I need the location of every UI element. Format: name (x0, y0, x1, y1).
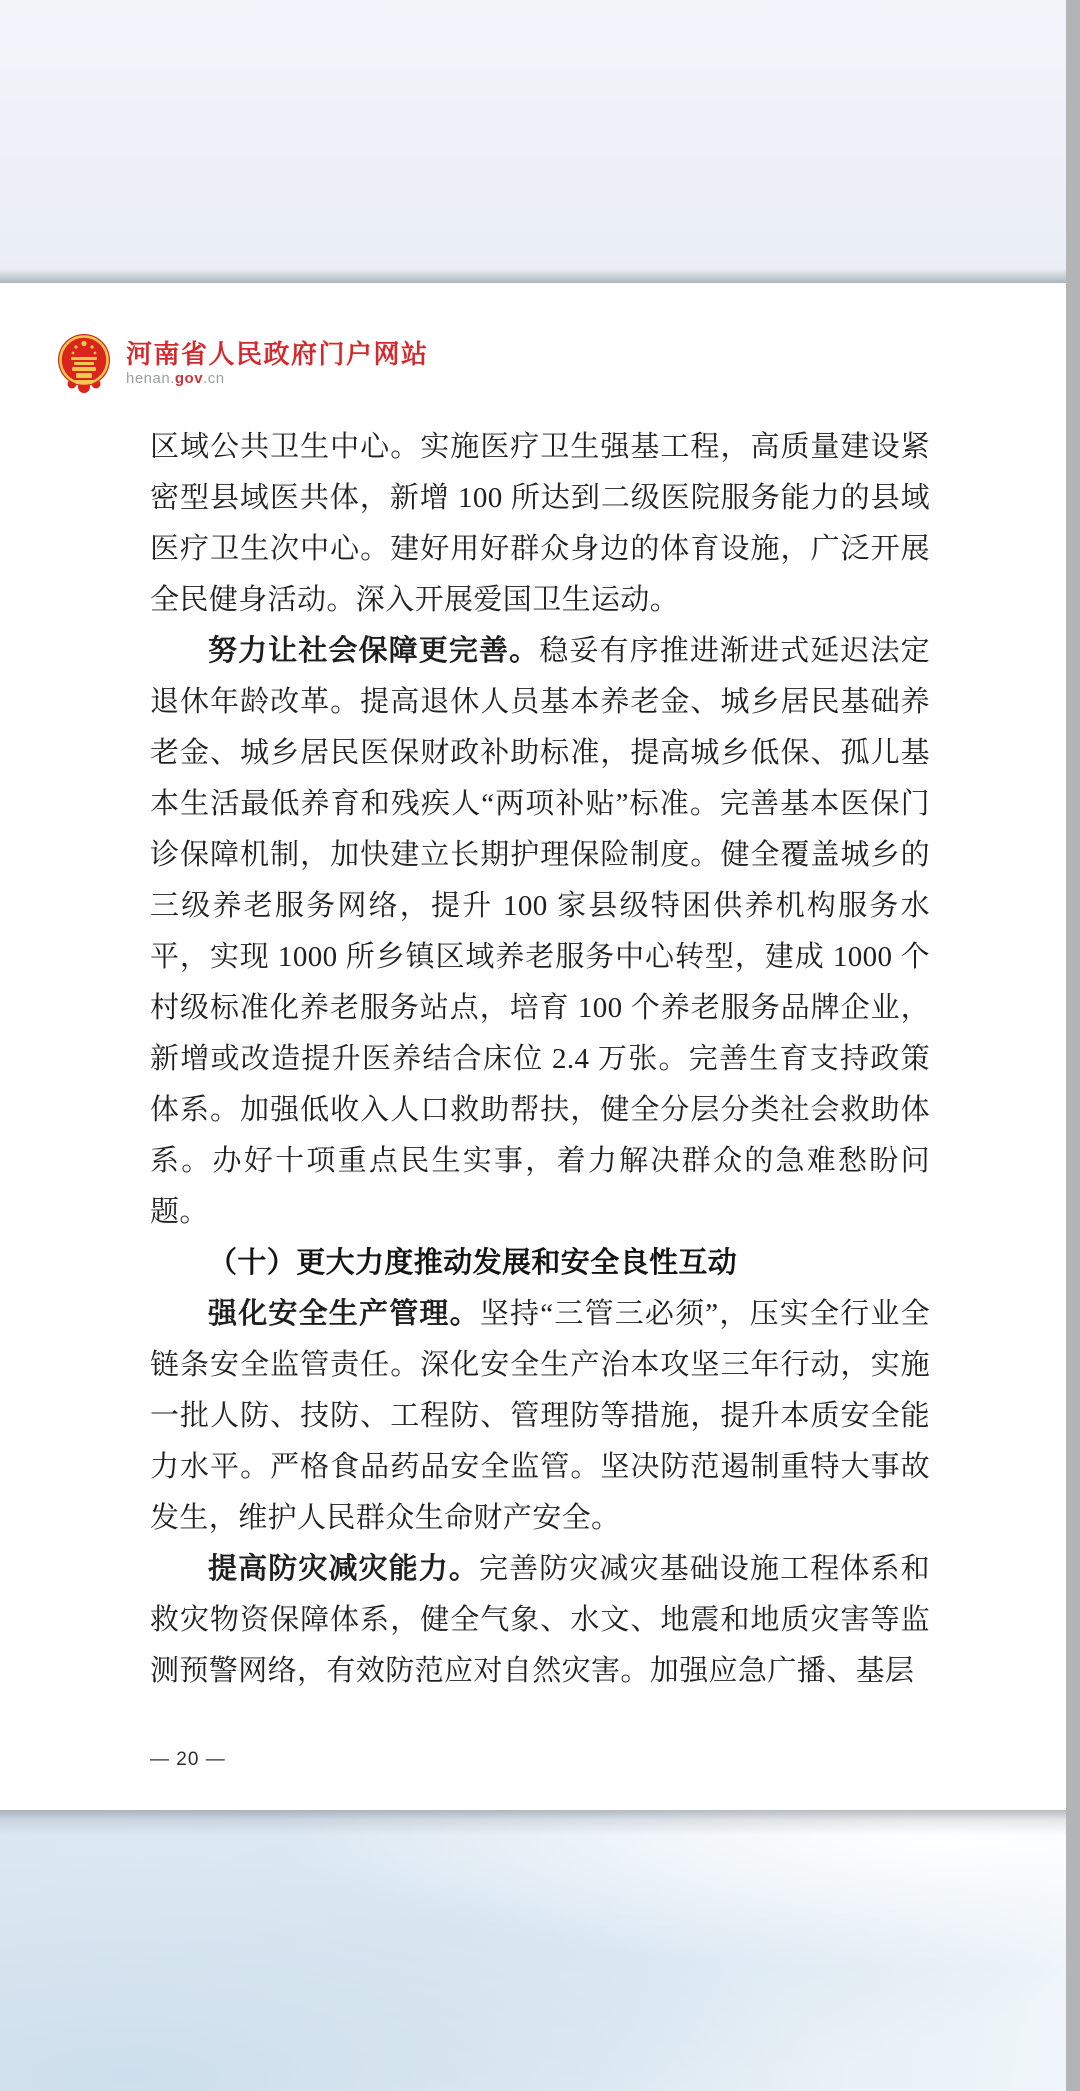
paragraph-social-security: 努力让社会保障更完善。稳妥有序推进渐进式延迟法定退休年龄改革。提高退休人员基本养… (150, 626, 930, 1238)
paragraph-text: 坚持“三管三必须”，压实全行业全链条安全监管责任。深化安全生产治本攻坚三年行动，… (150, 1298, 930, 1534)
site-header: 河南省人民政府门户网站 henan.gov.cn (0, 283, 1080, 395)
previous-page-bottom-edge (0, 0, 1080, 283)
section-heading-ten: （十）更大力度推动发展和安全良性互动 (150, 1238, 930, 1289)
paragraph-lead-bold: 努力让社会保障更完善。 (208, 635, 539, 667)
document-viewer: 河南省人民政府门户网站 henan.gov.cn 区域公共卫生中心。实施医疗卫生… (0, 0, 1080, 2091)
paragraph-lead-bold: 强化安全生产管理。 (208, 1298, 480, 1330)
site-title: 河南省人民政府门户网站 (126, 339, 429, 369)
paragraph-lead-bold: 提高防灾减灾能力。 (208, 1553, 479, 1585)
domain-gov: gov (175, 370, 203, 387)
document-page: 河南省人民政府门户网站 henan.gov.cn 区域公共卫生中心。实施医疗卫生… (0, 283, 1080, 1810)
document-body: 区域公共卫生中心。实施医疗卫生强基工程，高质量建设紧密型县域医共体，新增 100… (0, 395, 1080, 1773)
viewer-scrollbar[interactable] (1066, 0, 1080, 2091)
paragraph-disaster-prevention: 提高防灾减灾能力。完善防灾减灾基础设施工程体系和救灾物资保障体系，健全气象、水文… (150, 1544, 930, 1697)
domain-suffix: .cn (203, 370, 225, 387)
brand-text: 河南省人民政府门户网站 henan.gov.cn (126, 339, 429, 388)
paragraph-health-continuation: 区域公共卫生中心。实施医疗卫生强基工程，高质量建设紧密型县域医共体，新增 100… (150, 422, 930, 626)
domain-prefix: henan. (126, 370, 175, 387)
paragraph-work-safety: 强化安全生产管理。坚持“三管三必须”，压实全行业全链条安全监管责任。深化安全生产… (150, 1289, 930, 1544)
site-domain: henan.gov.cn (126, 369, 429, 388)
page-number: — 20 — (150, 1747, 930, 1773)
paragraph-text: 稳妥有序推进渐进式延迟法定退休年龄改革。提高退休人员基本养老金、城乡居民基础养老… (150, 635, 930, 1228)
national-emblem-icon (55, 331, 113, 395)
watercolor-footer-artwork (0, 1810, 1080, 2091)
paragraph-text: 区域公共卫生中心。实施医疗卫生强基工程，高质量建设紧密型县域医共体，新增 100… (150, 431, 930, 616)
